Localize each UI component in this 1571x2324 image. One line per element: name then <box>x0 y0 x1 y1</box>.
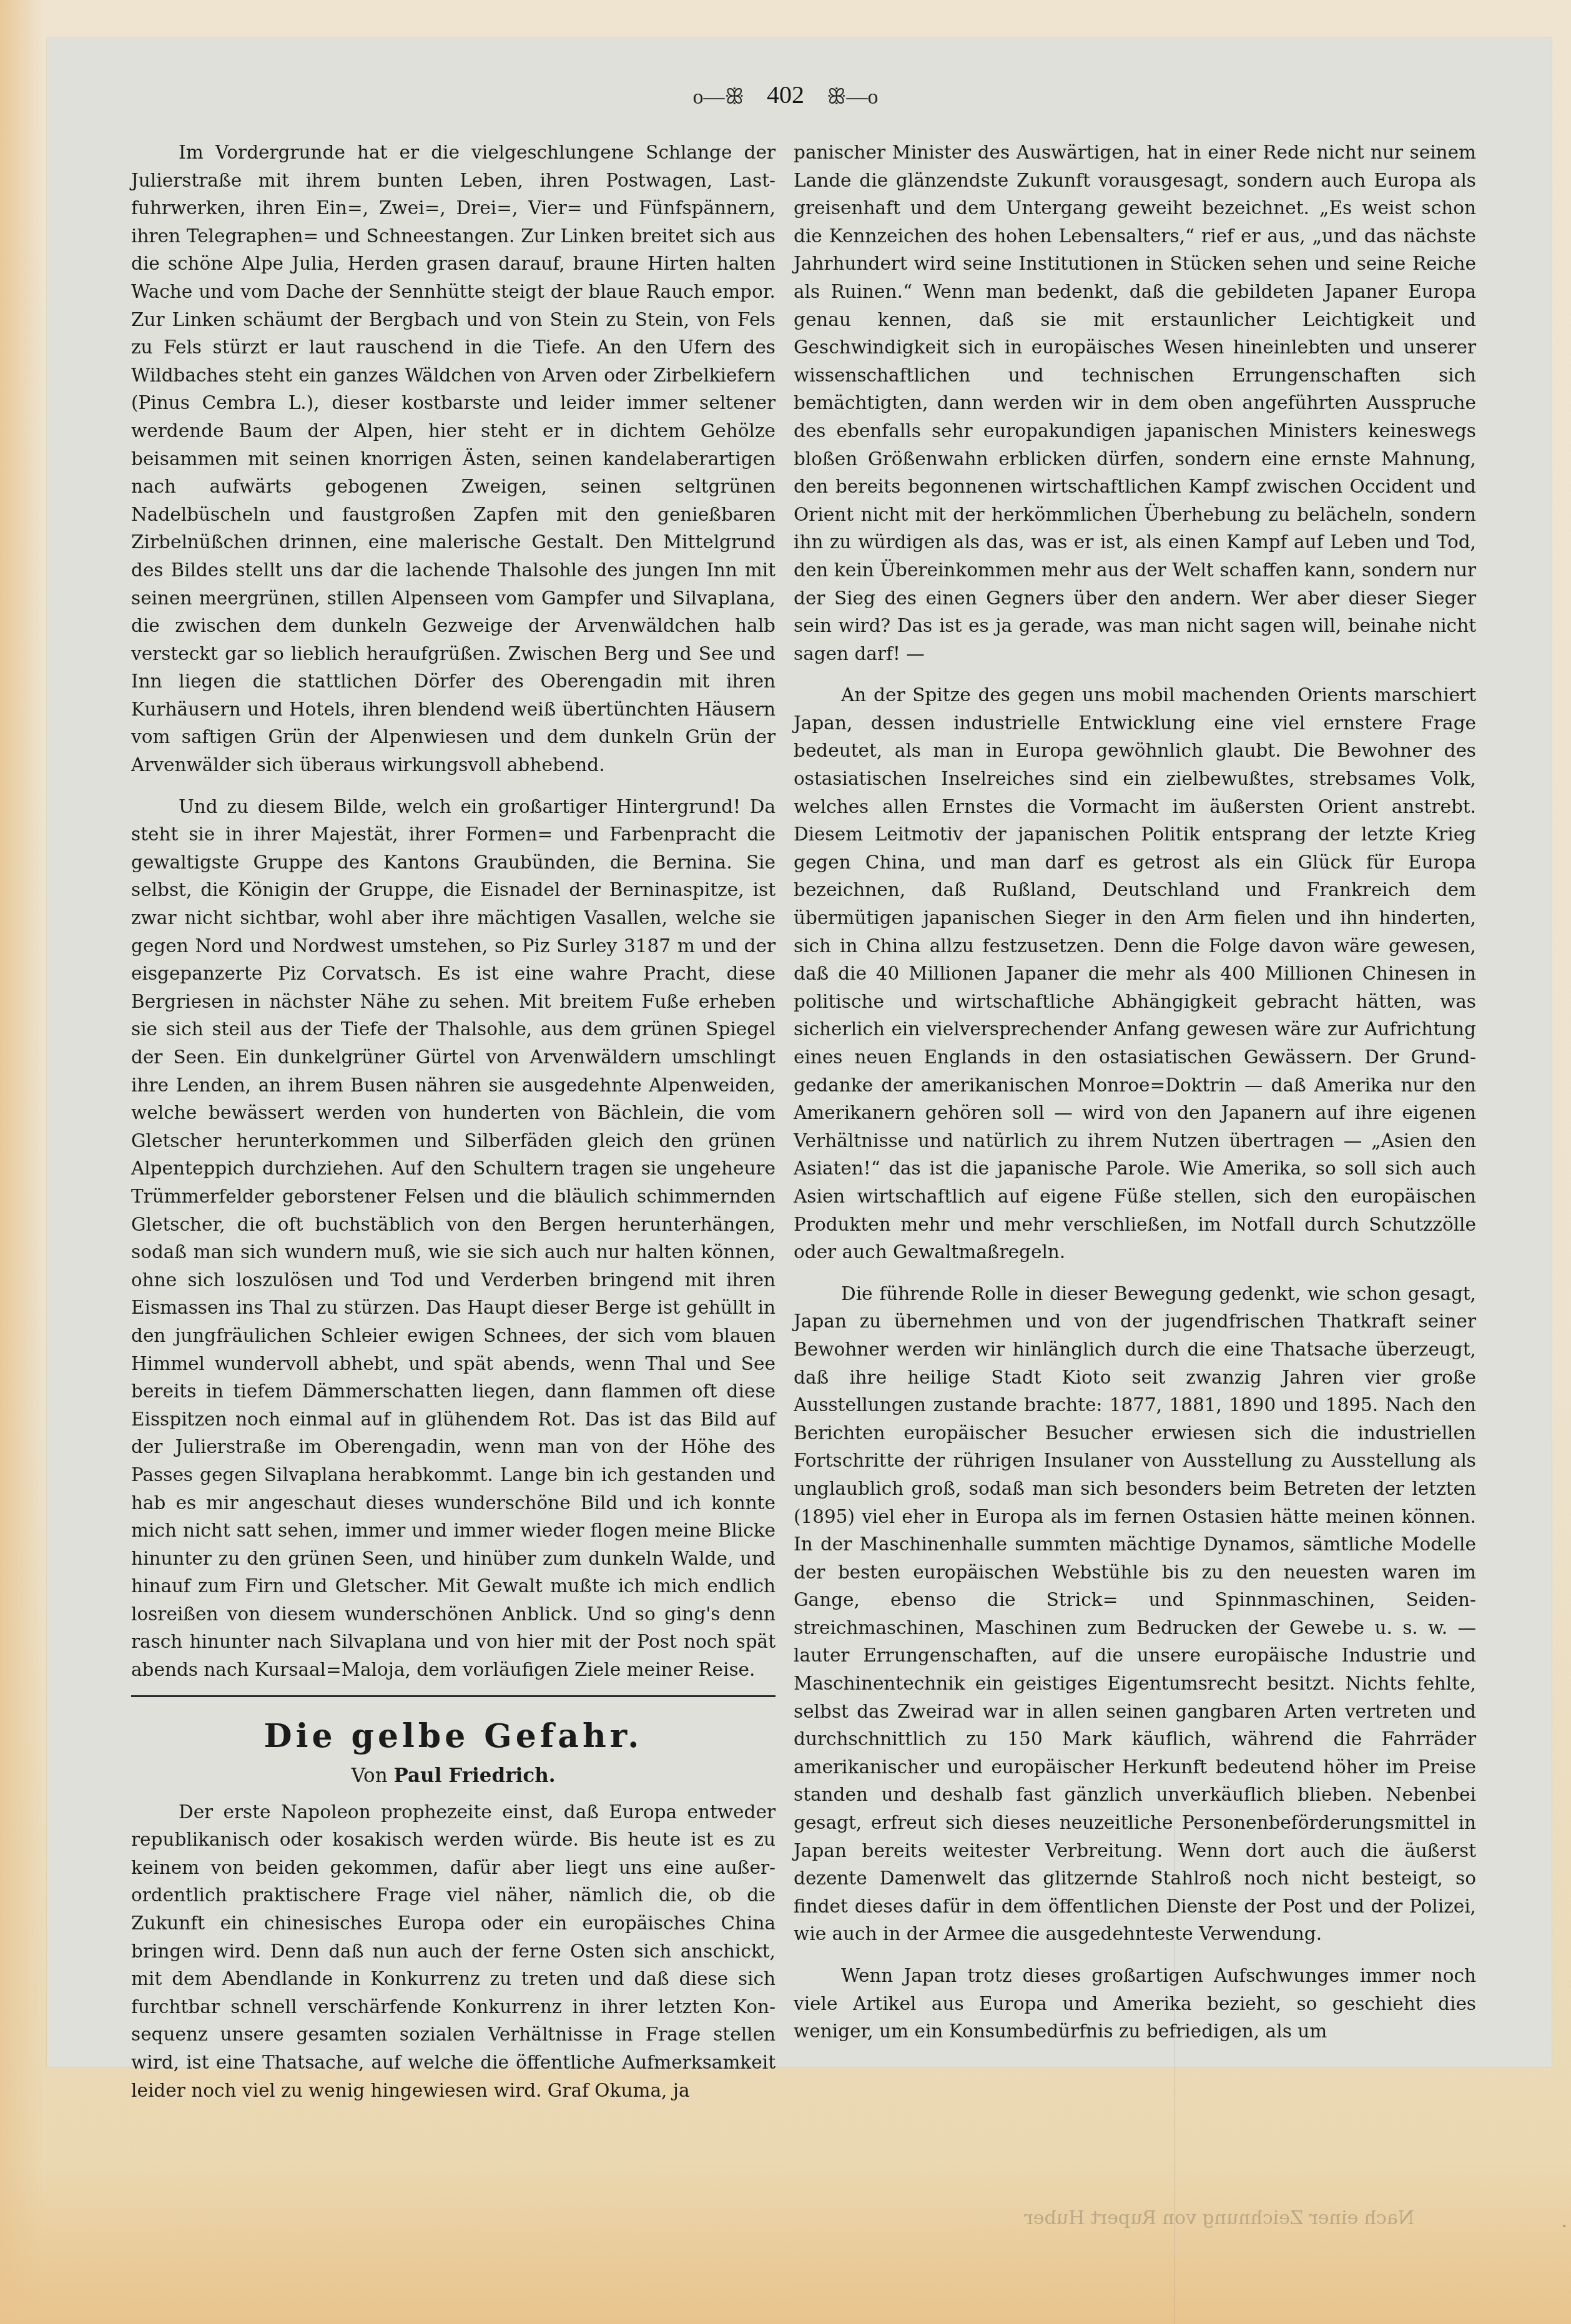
paragraph: Im Vordergrunde hat er die vielgeschlung… <box>131 139 776 779</box>
article-byline: Von Paul Friedrich. <box>131 1762 776 1790</box>
author-name: Paul Friedrich. <box>394 1765 556 1787</box>
paper-edge-bottom <box>0 2162 1571 2324</box>
paragraph: panischer Minister des Auswärtigen, hat … <box>794 139 1476 667</box>
left-ornament-icon: o—ꕥ <box>692 86 744 109</box>
right-ornament-icon: ꕥ—o <box>827 86 879 109</box>
show-through-caption: Nach einer Zeichnung von Rupert Huber <box>890 2207 1414 2229</box>
article-separator-rule <box>131 1695 776 1697</box>
edge-mark: . <box>1561 2210 1567 2232</box>
paragraph: Der erste Napoleon prophezeite einst, da… <box>131 1798 776 2105</box>
paper-edge-left <box>0 0 44 2324</box>
paragraph: Die führende Rolle in dieser Bewegung ge… <box>794 1280 1476 1948</box>
left-column: Im Vordergrunde hat er die vielgeschlung… <box>131 139 776 2104</box>
paragraph: Wenn Japan trotz dieses großartigen Aufs… <box>794 1962 1476 2046</box>
byline-prefix: Von <box>352 1765 388 1787</box>
paragraph: An der Spitze des gegen uns mobil machen… <box>794 681 1476 1266</box>
page-header: o—ꕥ 402 ꕥ—o <box>0 80 1571 109</box>
page-number: 402 <box>767 81 804 109</box>
article-title: Die gelbe Gefahr. <box>131 1715 776 1758</box>
right-column: panischer Minister des Auswärtigen, hat … <box>794 139 1476 2046</box>
paragraph: Und zu diesem Bilde, welch ein großartig… <box>131 793 776 1684</box>
